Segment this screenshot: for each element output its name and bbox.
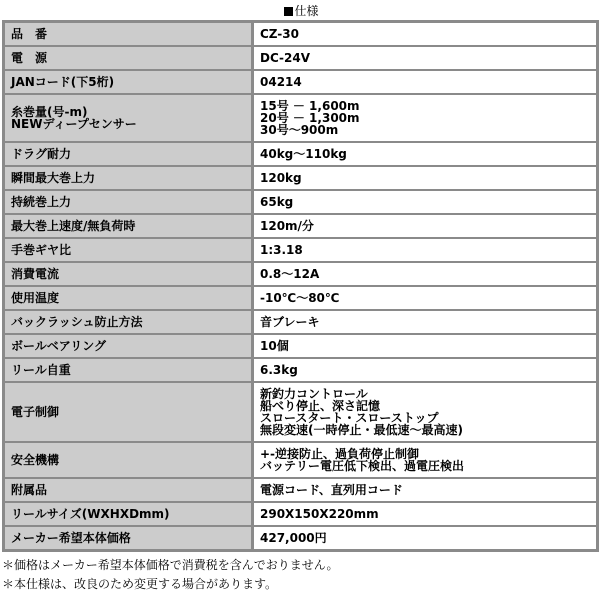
- row-value: 120m/分: [253, 214, 597, 238]
- row-label: バックラッシュ防止方法: [4, 310, 253, 334]
- row-value: 40kg～110kg: [253, 142, 597, 166]
- row-label: 消費電流: [4, 262, 253, 286]
- row-label: 電子制御: [4, 382, 253, 442]
- table-row-jan: JANコード(下5桁) 04214: [4, 70, 597, 94]
- row-label: メーカー希望本体価格: [4, 526, 253, 550]
- table-row-line-capacity: 糸巻量(号-m) NEWディープセンサー 15号 － 1,600m 20号 － …: [4, 94, 597, 142]
- row-value: 120kg: [253, 166, 597, 190]
- row-value: 音ブレーキ: [253, 310, 597, 334]
- table-row-safety: 安全機構 +-逆接防止、過負荷停止制御 バッテリー電圧低下検出、過電圧検出: [4, 442, 597, 478]
- footnotes: ＊価格はメーカー希望本体価格で消費税を含んでおりません。 ＊本仕様は、改良のため…: [0, 556, 603, 594]
- square-bullet-icon: [284, 7, 293, 16]
- row-value: 電源コード、直列用コード: [253, 478, 597, 502]
- row-label: 電 源: [4, 46, 253, 70]
- row-value: 65kg: [253, 190, 597, 214]
- table-row-accessories: 附属品 電源コード、直列用コード: [4, 478, 597, 502]
- table-row-temperature: 使用温度 -10℃～80℃: [4, 286, 597, 310]
- table-row-drag: ドラグ耐力 40kg～110kg: [4, 142, 597, 166]
- spec-title-text: 仕様: [294, 4, 318, 18]
- table-row-power: 電 源 DC-24V: [4, 46, 597, 70]
- table-row-model: 品 番 CZ-30: [4, 22, 597, 46]
- row-label: 最大巻上速度/無負荷時: [4, 214, 253, 238]
- row-value-line: バッテリー電圧低下検出、過電圧検出: [260, 460, 590, 472]
- table-row-bearings: ボールベアリング 10個: [4, 334, 597, 358]
- row-value: 10個: [253, 334, 597, 358]
- row-value: 1:3.18: [253, 238, 597, 262]
- row-value: 0.8～12A: [253, 262, 597, 286]
- table-row-size: リールサイズ(WXHXDmm) 290X150X220mm: [4, 502, 597, 526]
- row-label: リール自重: [4, 358, 253, 382]
- table-row-price: メーカー希望本体価格 427,000円: [4, 526, 597, 550]
- row-label: JANコード(下5桁): [4, 70, 253, 94]
- row-label: ドラグ耐力: [4, 142, 253, 166]
- row-value: 6.3kg: [253, 358, 597, 382]
- spec-table: 品 番 CZ-30 電 源 DC-24V JANコード(下5桁) 04214 糸…: [2, 20, 599, 552]
- row-value: 427,000円: [253, 526, 597, 550]
- table-row-gear-ratio: 手巻ギヤ比 1:3.18: [4, 238, 597, 262]
- row-value: 04214: [253, 70, 597, 94]
- table-row-weight: リール自重 6.3kg: [4, 358, 597, 382]
- row-label: 安全機構: [4, 442, 253, 478]
- row-label: 使用温度: [4, 286, 253, 310]
- row-value: 15号 － 1,600m 20号 － 1,300m 30号～900m: [253, 94, 597, 142]
- row-value: 新釣力コントロール 船べり停止、深さ記憶 スロースタート・スローストップ 無段変…: [253, 382, 597, 442]
- row-value: -10℃～80℃: [253, 286, 597, 310]
- footnote: ＊価格はメーカー希望本体価格で消費税を含んでおりません。: [0, 556, 603, 575]
- row-label: 品 番: [4, 22, 253, 46]
- row-label-line: NEWディープセンサー: [11, 118, 245, 130]
- footnote: ＊本仕様は、改良のため変更する場合があります。: [0, 575, 603, 594]
- table-row-peak-lift: 瞬間最大巻上力 120kg: [4, 166, 597, 190]
- row-label: 附属品: [4, 478, 253, 502]
- spec-title: 仕様: [0, 0, 603, 20]
- row-label: 瞬間最大巻上力: [4, 166, 253, 190]
- table-row-backlash: バックラッシュ防止方法 音ブレーキ: [4, 310, 597, 334]
- row-value-line: 無段変速(一時停止・最低速～最高速): [260, 424, 590, 436]
- row-value: DC-24V: [253, 46, 597, 70]
- table-row-max-speed: 最大巻上速度/無負荷時 120m/分: [4, 214, 597, 238]
- row-label: ボールベアリング: [4, 334, 253, 358]
- row-label: リールサイズ(WXHXDmm): [4, 502, 253, 526]
- row-value: CZ-30: [253, 22, 597, 46]
- row-value-line: 30号～900m: [260, 124, 590, 136]
- row-value: +-逆接防止、過負荷停止制御 バッテリー電圧低下検出、過電圧検出: [253, 442, 597, 478]
- row-value: 290X150X220mm: [253, 502, 597, 526]
- row-label: 糸巻量(号-m) NEWディープセンサー: [4, 94, 253, 142]
- table-row-electronic-control: 電子制御 新釣力コントロール 船べり停止、深さ記憶 スロースタート・スローストッ…: [4, 382, 597, 442]
- table-row-current: 消費電流 0.8～12A: [4, 262, 597, 286]
- table-row-sustained-lift: 持続巻上力 65kg: [4, 190, 597, 214]
- row-label: 持続巻上力: [4, 190, 253, 214]
- row-label: 手巻ギヤ比: [4, 238, 253, 262]
